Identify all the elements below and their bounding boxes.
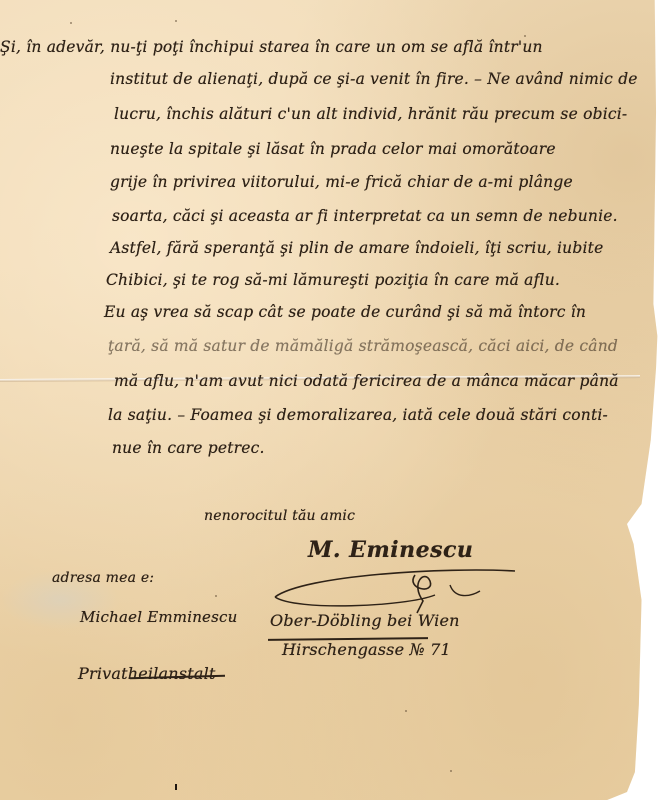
letter-line: Chibici, şi te rog să-mi lămureşti poziţ…	[106, 271, 560, 289]
address-institution: Privatheilanstalt	[78, 664, 216, 683]
letter-paper: Şi, în adevăr, nu-ţi poţi închipui stare…	[0, 0, 660, 800]
address-street: Hirschengasse № 71	[282, 640, 451, 659]
address-name: Michael Emminescu	[80, 608, 238, 626]
letter-line: mă aflu, n'am avut nici odată fericirea …	[114, 372, 619, 390]
ink-speck	[215, 595, 217, 597]
ink-speck	[405, 710, 407, 712]
letter-line: soarta, căci şi aceasta ar fi interpreta…	[112, 207, 618, 225]
ink-speck	[524, 35, 526, 37]
letter-line: lucru, închis alături c'un alt individ, …	[114, 105, 627, 123]
letter-line: Şi, în adevăr, nu-ţi poţi închipui stare…	[0, 38, 543, 56]
address-label: adresa mea e:	[52, 570, 154, 586]
letter-line: nueşte la spitale şi lăsat în prada celo…	[110, 140, 556, 158]
letter-closing: nenorocitul tău amic	[204, 508, 355, 524]
letter-line: grije în privirea viitorului, mi-e frică…	[110, 173, 573, 191]
letter-line-faded: ţară, să mă satur de mămăligă strămoşeas…	[108, 337, 618, 355]
letter-line: Astfel, fără speranţă şi plin de amare î…	[110, 239, 603, 257]
letter-line: Eu aş vrea să scap cât se poate de curân…	[104, 303, 586, 321]
ink-speck	[70, 22, 72, 24]
address-place: Ober-Döbling bei Wien	[270, 611, 460, 630]
letter-line: institut de alienaţi, după ce şi-a venit…	[110, 70, 638, 88]
ink-speck	[450, 770, 452, 772]
letter-line: nue în care petrec.	[112, 439, 265, 457]
letter-line: la saţiu. – Foamea şi demoralizarea, iat…	[108, 406, 608, 424]
signature-flourish	[265, 555, 525, 615]
ink-speck	[175, 20, 177, 22]
ink-mark	[175, 784, 177, 790]
